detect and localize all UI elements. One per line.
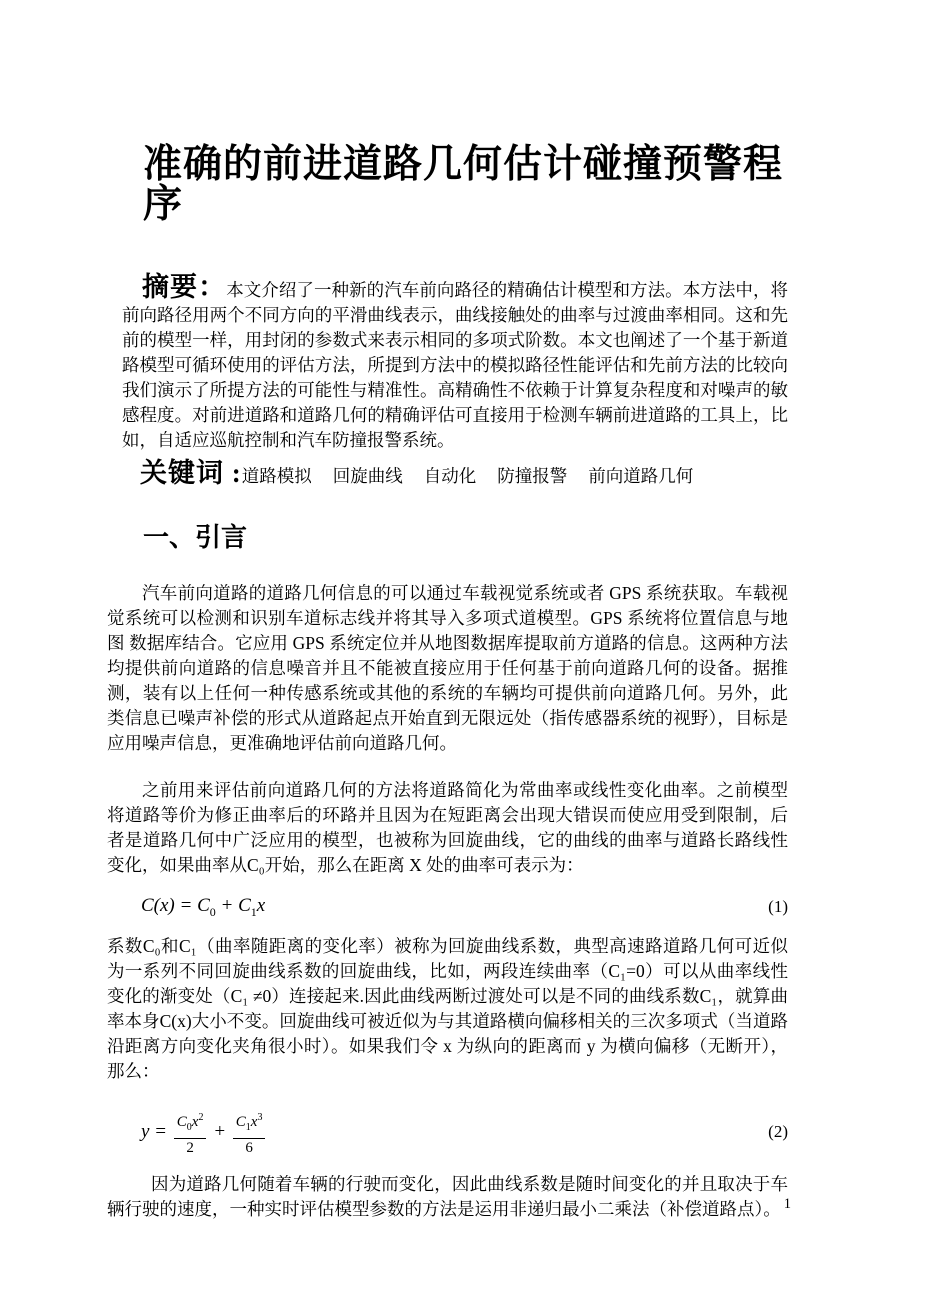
keyword-item: 防撞报警 bbox=[497, 466, 567, 486]
equation-1-formula: C(x) = C0 + C1x bbox=[141, 895, 265, 920]
equation-1-number: (1) bbox=[768, 897, 788, 917]
abstract-paragraph: 摘要：本文介绍了一种新的汽车前向路径的精确估计模型和方法。本方法中，将前向路径用… bbox=[122, 275, 788, 453]
keywords-label: 关键词 : bbox=[140, 458, 242, 488]
intro-paragraph-1: 汽车前向道路的道路几何信息的可以通过车载视觉系统或者 GPS 系统获取。车载视觉… bbox=[107, 581, 788, 756]
section-heading-introduction: 一、引言 bbox=[143, 523, 788, 553]
intro-paragraph-2: 之前用来评估前向道路几何的方法将道路简化为常曲率或线性变化曲率。之前模型将道路等… bbox=[107, 778, 788, 878]
page-number: 1 bbox=[784, 1196, 791, 1213]
equation-2-formula: y = C0x22 + C1x36 bbox=[141, 1108, 267, 1157]
keyword-item: 道路模拟 bbox=[242, 466, 312, 486]
abstract-text: 本文介绍了一种新的汽车前向路径的精确估计模型和方法。本方法中，将前向路径用两个不… bbox=[122, 280, 788, 450]
equation-2: y = C0x22 + C1x36 (2) bbox=[141, 1108, 788, 1156]
equation-2-number: (2) bbox=[768, 1122, 788, 1142]
document-page: 准确的前进道路几何估计碰撞预警程序 摘要：本文介绍了一种新的汽车前向路径的精确估… bbox=[0, 0, 926, 1309]
keyword-item: 自动化 bbox=[424, 466, 477, 486]
keyword-item: 前向道路几何 bbox=[588, 466, 693, 486]
intro-paragraph-4: 因为道路几何随着车辆的行驶而变化，因此曲线系数是随时间变化的并且取决于车辆行驶的… bbox=[107, 1172, 788, 1222]
intro-paragraph-3: 系数C₀和C₁（曲率随距离的变化率）被称为回旋曲线系数，典型高速路道路几何可近似… bbox=[107, 934, 788, 1084]
page-title: 准确的前进道路几何估计碰撞预警程序 bbox=[143, 145, 788, 225]
document-content: 准确的前进道路几何估计碰撞预警程序 摘要：本文介绍了一种新的汽车前向路径的精确估… bbox=[0, 0, 926, 1222]
abstract-label: 摘要： bbox=[142, 272, 226, 302]
equation-1: C(x) = C0 + C1x (1) bbox=[141, 892, 788, 922]
keywords-line: 关键词 :道路模拟回旋曲线自动化防撞报警前向道路几何 bbox=[140, 461, 788, 489]
keyword-item: 回旋曲线 bbox=[333, 466, 403, 486]
